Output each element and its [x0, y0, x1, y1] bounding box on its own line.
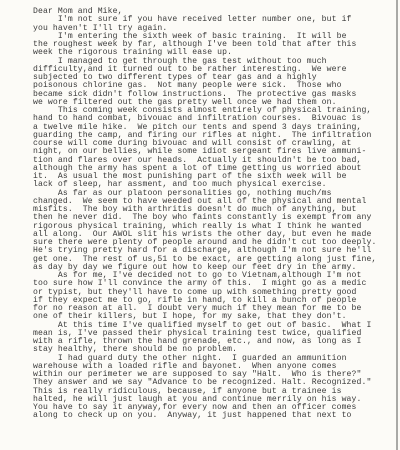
letter-line: along to check up on you. Anyway, it jus… [33, 412, 393, 420]
letter-body: Dear Mom and Mike, I'm not sure if you h… [33, 8, 393, 421]
letter-page: Dear Mom and Mike, I'm not sure if you h… [0, 0, 398, 450]
